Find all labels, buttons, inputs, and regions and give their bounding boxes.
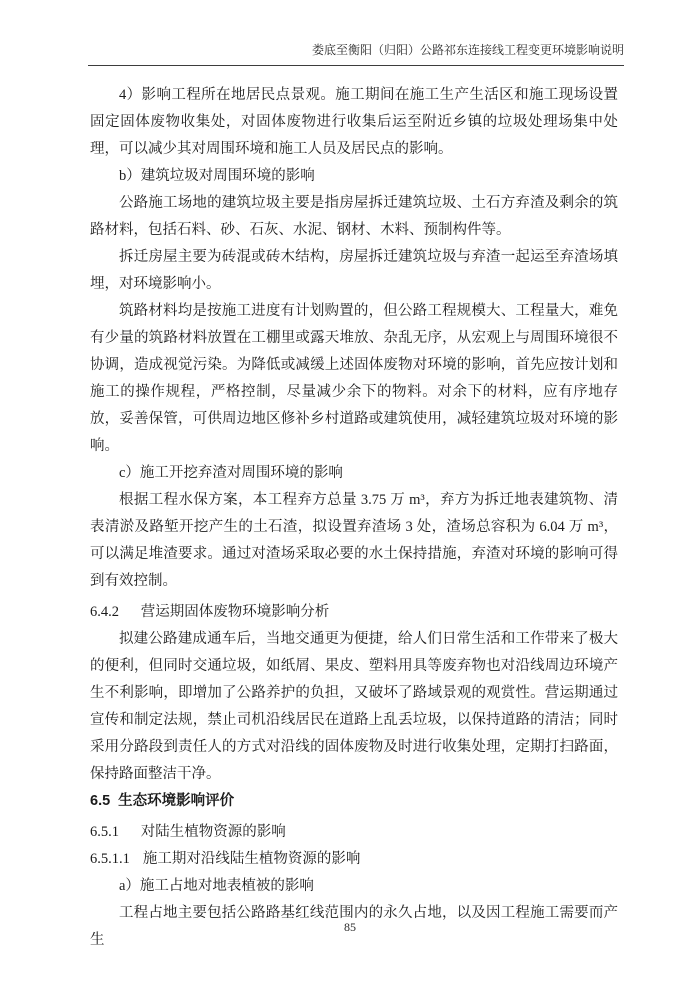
section-number: 6.5.1.1 — [90, 851, 130, 867]
page-header: 娄底至衡阳（归阳）公路祁东连接线工程变更环境影响说明 — [0, 0, 700, 66]
section-number: 6.5.1 — [90, 824, 119, 840]
section-heading-6-5-1: 6.5.1对陆生植物资源的影响 — [90, 819, 618, 846]
paragraph-operation-period: 拟建公路建成通车后，当地交通更为便捷，给人们日常生活和工作带来了极大的便利，但同… — [90, 626, 618, 788]
section-title: 营运期固体废物环境影响分析 — [141, 604, 330, 620]
section-number: 6.4.2 — [90, 604, 119, 620]
page-number: 85 — [344, 920, 356, 934]
header-title: 娄底至衡阳（归阳）公路祁东连接线工程变更环境影响说明 — [88, 43, 624, 66]
section-heading-6-5: 6.5生态环境影响评价 — [90, 788, 618, 815]
document-body: 4）影响工程所在地居民点景观。施工期间在施工生产生活区和施工现场设置固定固体废物… — [0, 66, 700, 954]
item-heading-construction-waste: b）建筑垃圾对周围环境的影响 — [90, 163, 618, 190]
section-title: 施工期对沿线陆生植物资源的影响 — [143, 851, 361, 867]
paragraph-road-materials: 筑路材料均是按施工进度有计划购置的，但公路工程规模大、工程量大，难免有少量的筑路… — [90, 298, 618, 460]
page-footer: 85 — [0, 920, 700, 934]
section-title: 对陆生植物资源的影响 — [141, 824, 286, 840]
item-heading-excavation-spoil: c）施工开挖弃渣对周围环境的影响 — [90, 460, 618, 487]
section-heading-6-5-1-1: 6.5.1.1施工期对沿线陆生植物资源的影响 — [90, 846, 618, 873]
paragraph-demolition: 拆迁房屋主要为砖混或砖木结构，房屋拆迁建筑垃圾与弃渣一起运至弃渣场填埋，对环境影… — [90, 244, 618, 298]
paragraph-spoil-volume: 根据工程水保方案，本工程弃方总量 3.75 万 m³，弃方为拆迁地表建筑物、清表… — [90, 487, 618, 595]
paragraph-residential-landscape: 4）影响工程所在地居民点景观。施工期间在施工生产生活区和施工现场设置固定固体废物… — [90, 82, 618, 163]
document-page: 娄底至衡阳（归阳）公路祁东连接线工程变更环境影响说明 4）影响工程所在地居民点景… — [0, 0, 700, 990]
section-title: 生态环境影响评价 — [118, 793, 234, 809]
section-number: 6.5 — [90, 793, 110, 809]
paragraph-waste-types: 公路施工场地的建筑垃圾主要是指房屋拆迁建筑垃圾、土石方弃渣及剩余的筑路材料，包括… — [90, 190, 618, 244]
item-heading-land-occupation: a）施工占地对地表植被的影响 — [90, 873, 618, 900]
section-heading-6-4-2: 6.4.2营运期固体废物环境影响分析 — [90, 599, 618, 626]
